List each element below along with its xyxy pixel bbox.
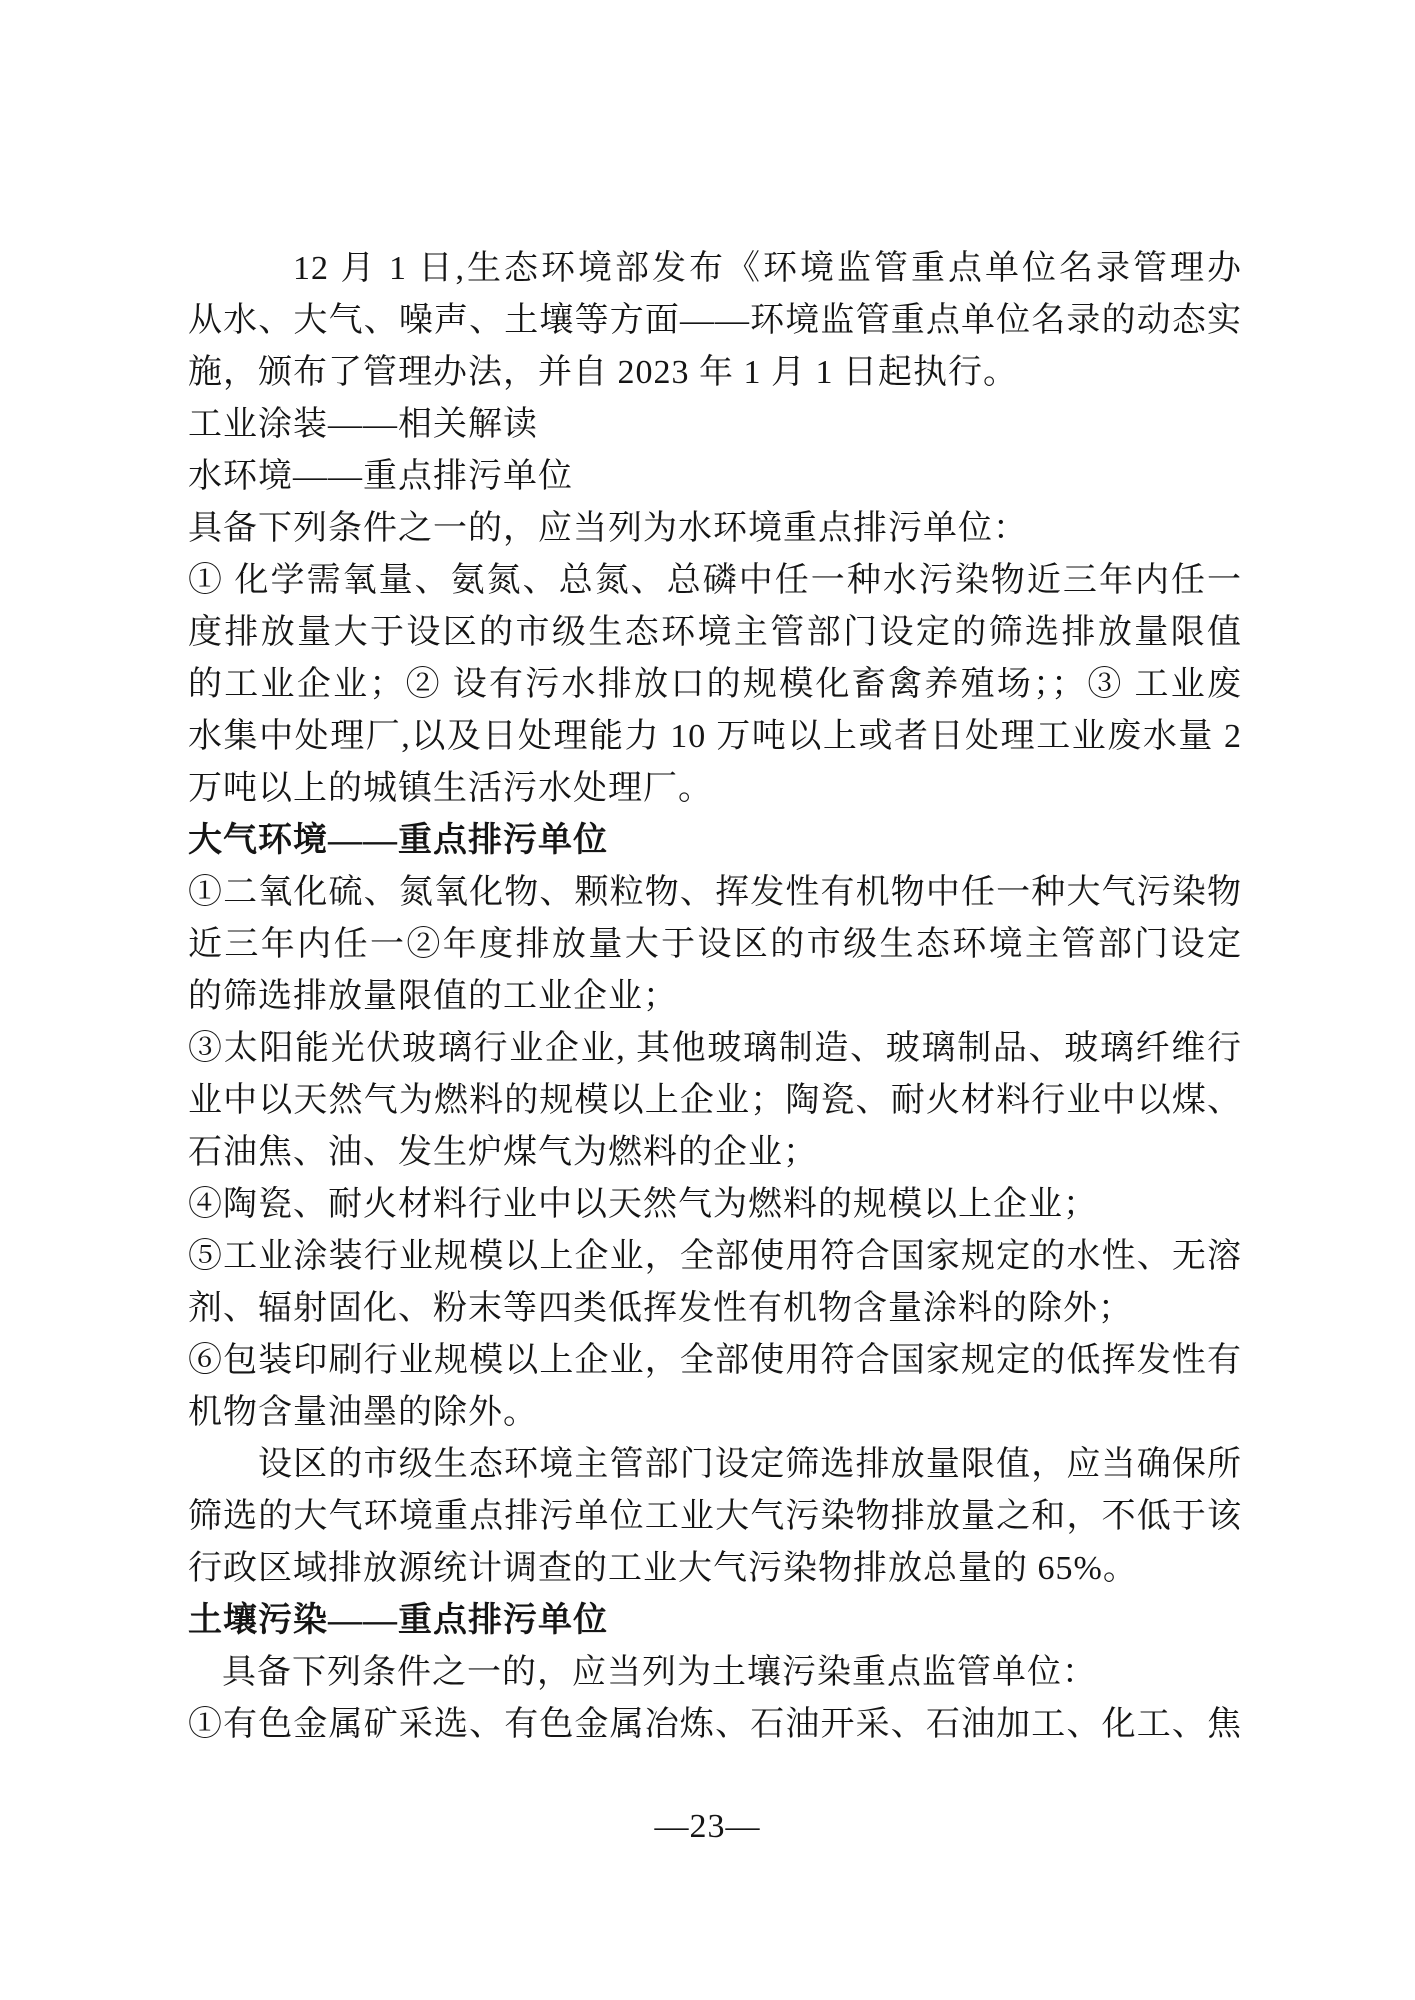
- document-page: 12 月 1 日,生态环境部发布《环境监管重点单位名录管理办法》, 从水、大气、…: [0, 0, 1415, 2000]
- heading-soil-pollution: 土壤污染——重点排污单位: [188, 1595, 1242, 1647]
- doc-line-water-item1b: 度排放量大于设区的市级生态环境主管部门设定的筛选排放量限值: [188, 607, 1242, 659]
- doc-line-air-item5a: ⑤工业涂装行业规模以上企业，全部使用符合国家规定的水性、无溶: [188, 1231, 1242, 1283]
- doc-line-water-criteria: 具备下列条件之一的，应当列为水环境重点排污单位：: [188, 503, 1242, 555]
- doc-line-air-item6b: 机物含量油墨的除外。: [188, 1387, 1242, 1439]
- doc-line-air-item3b: 业中以天然气为燃料的规模以上企业；陶瓷、耐火材料行业中以煤、: [188, 1075, 1242, 1127]
- doc-line-air-note1: 设区的市级生态环境主管部门设定筛选排放量限值，应当确保所: [188, 1439, 1242, 1491]
- doc-line-soil-item1: ①有色金属矿采选、有色金属冶炼、石油开采、石油加工、化工、焦: [188, 1699, 1242, 1751]
- doc-line-air-item6a: ⑥包装印刷行业规模以上企业，全部使用符合国家规定的低挥发性有: [188, 1335, 1242, 1387]
- doc-line-intro-2: 从水、大气、噪声、土壤等方面——环境监管重点单位名录的动态实: [188, 295, 1242, 347]
- doc-line-air-item5b: 剂、辐射固化、粉末等四类低挥发性有机物含量涂料的除外；: [188, 1283, 1242, 1335]
- doc-line-air-item1c: 的筛选排放量限值的工业企业；: [188, 971, 1242, 1023]
- doc-line-air-item1b: 近三年内任一②年度排放量大于设区的市级生态环境主管部门设定: [188, 919, 1242, 971]
- heading-air-environment: 大气环境——重点排污单位: [188, 815, 1242, 867]
- document-body: 12 月 1 日,生态环境部发布《环境监管重点单位名录管理办法》, 从水、大气、…: [188, 243, 1242, 1751]
- doc-line-water-item1a: ① 化学需氧量、氨氮、总氮、总磷中任一种水污染物近三年内任一年: [188, 555, 1242, 607]
- doc-line-air-note3: 行政区域排放源统计调查的工业大气污染物排放总量的 65%。: [188, 1543, 1242, 1595]
- doc-line-intro-1: 12 月 1 日,生态环境部发布《环境监管重点单位名录管理办法》,: [188, 243, 1242, 295]
- doc-line-air-item3a: ③太阳能光伏玻璃行业企业, 其他玻璃制造、玻璃制品、玻璃纤维行: [188, 1023, 1242, 1075]
- doc-line-coating-note: 工业涂装——相关解读: [188, 399, 1242, 451]
- doc-line-air-item1a: ①二氧化硫、氮氧化物、颗粒物、挥发性有机物中任一种大气污染物: [188, 867, 1242, 919]
- doc-line-water-item23a: 的工业企业；② 设有污水排放口的规模化畜禽养殖场；；③ 工业废: [188, 659, 1242, 711]
- doc-line-air-note2: 筛选的大气环境重点排污单位工业大气污染物排放量之和，不低于该: [188, 1491, 1242, 1543]
- heading-water-environment: 水环境——重点排污单位: [188, 451, 1242, 503]
- doc-line-water-item3b: 水集中处理厂,以及日处理能力 10 万吨以上或者日处理工业废水量 2: [188, 711, 1242, 763]
- doc-line-soil-criteria: 具备下列条件之一的，应当列为土壤污染重点监管单位：: [188, 1647, 1242, 1699]
- page-number: —23—: [0, 1801, 1415, 1853]
- doc-line-air-item3c: 石油焦、油、发生炉煤气为燃料的企业；: [188, 1127, 1242, 1179]
- doc-line-intro-3: 施，颁布了管理办法，并自 2023 年 1 月 1 日起执行。: [188, 347, 1242, 399]
- doc-line-air-item4: ④陶瓷、耐火材料行业中以天然气为燃料的规模以上企业；: [188, 1179, 1242, 1231]
- doc-line-water-item3c: 万吨以上的城镇生活污水处理厂。: [188, 763, 1242, 815]
